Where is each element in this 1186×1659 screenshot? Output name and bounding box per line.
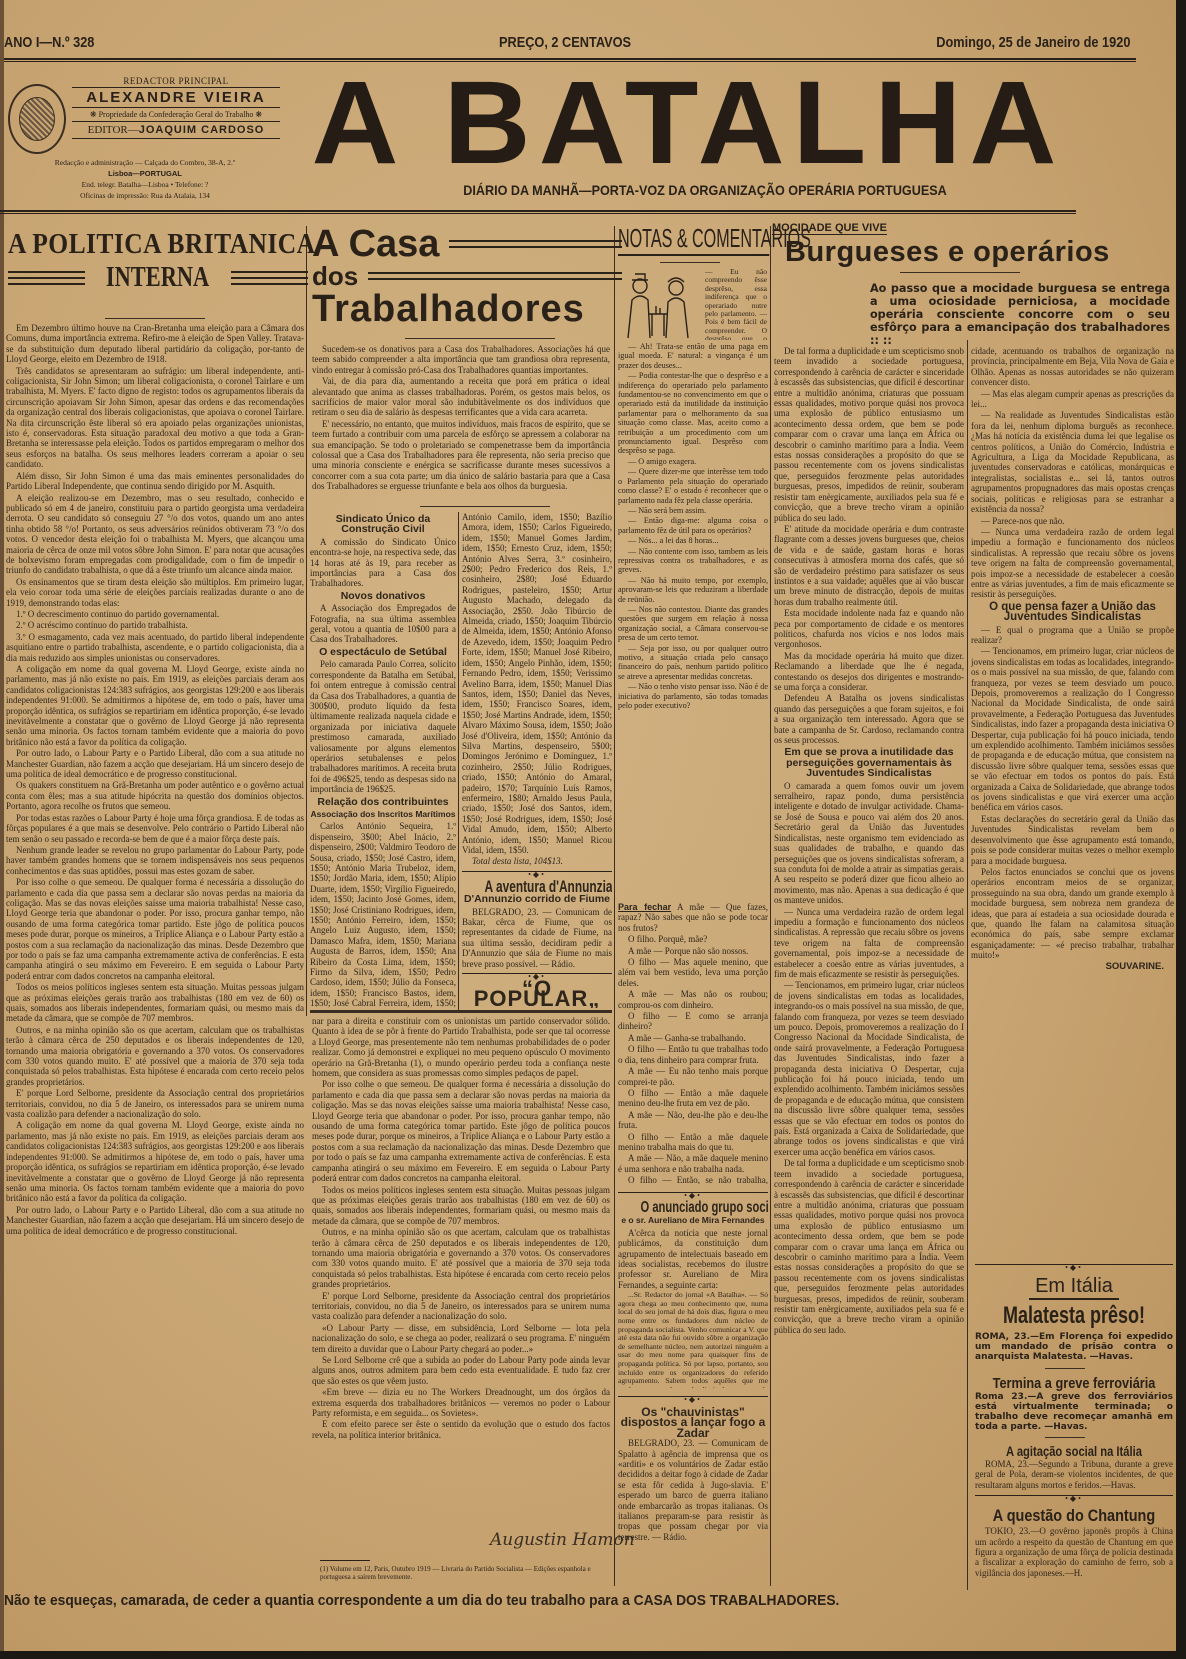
dialogue-line: A mãe — Mas não os roubou; comprou-os co… [618, 989, 768, 1010]
redactor-name: ALEXANDRE VIEIRA [72, 88, 280, 108]
headline-burgueses-operarios: Burgueses e operários [785, 236, 1110, 269]
paragraph: Outros, e na minha opinião são os que ac… [312, 1227, 610, 1289]
paragraph: E com efeito parece ser êste o sentido d… [312, 1419, 610, 1440]
paragraph: ROMA, 23.—Segundo a Tribuna, durante a g… [975, 1459, 1173, 1490]
footnote-rule [320, 1560, 370, 1561]
address-block: Redacção e administração — Calçada do Co… [10, 157, 280, 201]
paragraph: Os quakers constituem na Grã-Bretanha um… [6, 780, 304, 811]
editorial-box: REDACTOR PRINCIPAL ALEXANDRE VIEIRA ❋ Pr… [72, 76, 280, 139]
zadar-headline: Os "chauvinistas" dispostos a lançar fog… [618, 1407, 768, 1438]
paragraph: A coligação em nome da qual governa M. L… [6, 664, 304, 747]
greve-headline: Termina a greve ferroviária [990, 1375, 1158, 1392]
paragraph: Estas declarações do secretário geral da… [971, 814, 1174, 866]
grupo-subhead: e o sr. Aureliano de Mira Fernandes [618, 1215, 768, 1225]
mocidade-column-left: De tal forma a duplicidade e um sceptici… [774, 346, 964, 1586]
paragraph: De tal forma a duplicidade e um sceptici… [774, 346, 964, 523]
price: PREÇO, 2 CENTAVOS [499, 34, 631, 51]
divider [1045, 1368, 1085, 1369]
paragraph: — E qual o programa que a União se propõ… [971, 625, 1174, 646]
paragraph: E' atitude da mocidade operária e dum co… [774, 524, 964, 607]
popular-headline: “O POPULAR„ [462, 984, 612, 1005]
column-rule [770, 226, 771, 1586]
paragraph: Outros, e na minha opinião são os que ac… [6, 1025, 304, 1087]
cartoon-illustration-icon [618, 270, 700, 340]
paragraph: Por todas estas razões o Labour Party é … [6, 813, 304, 844]
annunzio-headline: A aventura d'Annunziana [485, 882, 590, 892]
chantung-headline: A questão do Chantung [990, 1506, 1158, 1526]
paragraph: Sucedem-se os donativos para a Casa dos … [312, 344, 610, 375]
divider [1045, 1437, 1085, 1438]
paragraph: — Não será bem assim. [618, 506, 768, 515]
article-casa-intro: Sucedem-se os donativos para a Casa dos … [312, 344, 610, 504]
paragraph: — Tencionamos, em primeiro lugar, criar … [774, 980, 964, 1157]
issue-date: Domingo, 25 de Janeiro de 1920 [936, 34, 1130, 51]
paragraph: A comissão do Sindicato Único encontra-s… [310, 537, 456, 589]
article-grupo-socialista: •◆• O anunciado grupo socialista e o sr.… [618, 1188, 768, 1388]
dialogue-line: O filho — Então tu que trabalhas todo o … [618, 1044, 768, 1065]
dialogue-line: A mãe — Porque não são nossos. [618, 946, 768, 956]
greve-text: Roma 23.—A greve dos ferroviários está v… [975, 1392, 1173, 1432]
dialogue-line: O filho — Então a mãe daquele menino deu… [618, 1088, 768, 1109]
para-fechar-dialogue: Para fechar A mãe — Que fazes, rapaz? Nã… [618, 902, 768, 1184]
dialogue-line: O filho. Porquê, mãe? [618, 934, 768, 944]
mocidade-column-right: cidade, acentuando os trabalhos de organ… [971, 346, 1174, 1196]
paragraph: 1.º O decrescimento contínuo do partido … [6, 609, 304, 619]
ornament-divider: •◆• [618, 1192, 768, 1199]
chantung-text: TOKIO, 23.—O govêrno japonês propôs à Ch… [975, 1526, 1173, 1579]
malatesta-headline: Malatesta prêso! [1000, 1302, 1149, 1330]
article-politica-continued: nar para a direita e constituir com os u… [312, 1016, 610, 1546]
paragraph: — Tencionamos, em primeiro lugar, criar … [971, 646, 1174, 813]
casa-column-right: António Camilo, idem, 1$50; Bazílio Amor… [462, 512, 612, 1008]
page-edge-right [1176, 0, 1186, 1659]
ornament-divider: •◆• [618, 1396, 768, 1403]
paragraph: 2.º O acréscimo contínuo do partido trab… [6, 620, 304, 630]
agitacao-text: ROMA, 23.—Segundo a Tribuna, durante a g… [975, 1459, 1173, 1491]
page-edge-bottom [0, 1651, 1186, 1659]
column-rule [458, 512, 459, 1012]
headline-politica-britanica: A POLITICA BRITANICA [8, 228, 267, 261]
paragraph: Por outro lado, o Labour Party e o Parti… [6, 1205, 304, 1236]
paragraph: Por isso colhe o que semeou. De qualquer… [312, 1079, 610, 1183]
paragraph: — Seja por isso, ou por qualquer outro m… [618, 644, 768, 682]
casa-column-left: Sindicato Único da Construção Civil A co… [310, 512, 456, 1008]
contributor-list: Carlos António Sequeira, 1.º dispenseiro… [310, 821, 456, 1008]
paragraph: Os ensinamentos que se tiram desta eleiç… [6, 577, 304, 608]
paragraph: Todos os meios políticos ingleses sentem… [312, 1185, 610, 1227]
paragraph: — Não o tenho visto pensar isso. Não é d… [618, 682, 768, 710]
footer-banner: Não te esqueças, camarada, de ceder a qu… [4, 1592, 1080, 1609]
em-italia-kicker: Em Itália [1029, 1275, 1119, 1300]
paragraph: A eleição realizou-se em Dezembro, mas o… [6, 493, 304, 576]
paragraph: — Nunca uma verdadeira razão de ordem le… [774, 907, 964, 980]
paragraph: — Nos não contestou. Diante das grandes … [618, 605, 768, 643]
dialogue-line: A mãe — Eu não tenho mais porque comprei… [618, 1066, 768, 1087]
headline-casa-trabalhadores: A Casa dos Trabalhadores [312, 226, 622, 328]
notas-comentarios-heading: NOTAS & COMENTARIOS [618, 220, 769, 256]
property-line: ❋ Propriedade da Confederação Geral do T… [72, 108, 280, 122]
paragraph: — Não há muito tempo, por exemplo, aprov… [618, 576, 768, 604]
notas-dialogue-intro: — Eu não compreendo êsse desprêso, essa … [705, 268, 767, 340]
paragraph: E' porque Lord Selborne, presidente da A… [6, 1088, 304, 1119]
paragraph: — Nós... a lei das 8 horas... [618, 536, 768, 545]
relacao-subheading: Associação dos Inscritos Marítimos [310, 809, 456, 819]
newspaper-title: A BATALHA [280, 68, 1096, 178]
paragraph: — Mas elas alegam cumprir apenas as pres… [971, 389, 1174, 410]
ornament-divider: •◆• [975, 1264, 1173, 1271]
column-rule [614, 226, 615, 1586]
article-zadar: •◆• Os "chauvinistas" dispostos a lançar… [618, 1392, 768, 1582]
article-politica-britanica: Em Dezembro último houve na Cran-Bretanh… [6, 323, 304, 1581]
inutilidade-heading: Em que se prova a inutilidade das perseg… [774, 747, 964, 778]
paragraph: nar para a direita e constituir com os u… [312, 1016, 610, 1078]
paragraph: Em Dezembro último houve na Cran-Bretanh… [6, 323, 304, 365]
paragraph: Esta mocidade indolente nada faz e quand… [774, 608, 964, 650]
novos-donativos-heading: Novos donativos [310, 591, 456, 601]
paragraph: Três candidatos se apresentaram ao sufrá… [6, 366, 304, 470]
mocidade-lede: Ao passo que a mocidade burguesa se entr… [870, 282, 1170, 347]
notas-comentarios-body: — Ah! Trata-se então de uma paga em igua… [618, 342, 768, 898]
newspaper-subtitle: DIÁRIO DA MANHÃ—PORTA-VOZ DA ORGANIZAÇÃO… [431, 182, 980, 198]
paragraph: — Nunca uma verdadeira razão de ordem le… [971, 527, 1174, 600]
paragraph: Vai, de dia para dia, aumentando a recei… [312, 376, 610, 418]
dialogue-line: A mãe — Ganha-se trabalhando. [618, 1033, 768, 1043]
byline-souvarine: SOUVARINE. [971, 962, 1174, 972]
contributor-list: António Camilo, idem, 1$50; Bazílio Amor… [462, 512, 612, 855]
editor-line: EDITOR—JOAQUIM CARDOSO [72, 122, 280, 139]
paragraph: 3.º O esmagamento, cada vez mais acentua… [6, 632, 304, 663]
paragraph: A coligação em nome da qual governa M. L… [6, 1120, 304, 1203]
column-rule [967, 340, 968, 1590]
malatesta-text: ROMA, 23.—Em Florença foi expedido um ma… [975, 1332, 1173, 1362]
address-printing: Oficinas de impressão: Rua da Atalaia, 1… [10, 190, 280, 201]
paragraph: — Ah! Trata-se então de uma paga em igua… [618, 342, 768, 370]
sindicato-heading: Sindicato Único da Construção Civil [310, 514, 456, 535]
divider [405, 338, 555, 339]
paragraph: — Na realidade as Juventudes Sindicalist… [971, 410, 1174, 514]
paragraph: A'cêrca da notícia que neste jornal publ… [618, 1228, 768, 1290]
paragraph: — O amigo exagera. [618, 457, 768, 466]
paragraph: Todos os meios políticos ingleses sentem… [6, 982, 304, 1024]
redactor-label: REDACTOR PRINCIPAL [72, 76, 280, 88]
footnote: (1) Volume em 12, Paris, Outubro 1919 — … [320, 1565, 620, 1581]
paragraph: Nenhum grande leader se revelou no grupo… [6, 845, 304, 876]
paragraph: Pelo camarada Paulo Correa, solícito cor… [310, 659, 456, 794]
paragraph: Defendeu A Batalha os jovens sindicalist… [774, 693, 964, 745]
uniao-heading: O que pensa fazer a União das Juventudes… [971, 602, 1174, 623]
paragraph: — Eu não compreendo êsse desprêso, essa … [705, 268, 767, 340]
grupo-headline: O anunciado grupo socialista [641, 1203, 746, 1213]
cgt-seal-icon [8, 84, 66, 154]
paragraph: — Então diga-me: alguma coisa o parlamen… [618, 516, 768, 535]
paragraph: cidade, acentuando os trabalhos de organ… [971, 346, 1174, 388]
address-city: Lisboa—PORTUGAL [10, 168, 280, 179]
paragraph: Além disso, Sir John Simon é uma das mai… [6, 471, 304, 492]
paragraph: — Quere dizer-me que interêsse tem todo … [618, 467, 768, 505]
paragraph: — Podia contestar-lhe que o desprêso e a… [618, 371, 768, 456]
paragraph: BELGRADO, 23. — Comunicam de Spalatto à … [618, 1438, 768, 1542]
paragraph: Por outro lado, o Labour Party e o Parti… [6, 748, 304, 779]
dialogue-line: O filho — Mas aquele menino, que além va… [618, 957, 768, 988]
issue-number: ANO I—N.º 328 [4, 34, 94, 51]
paragraph: E' porque Lord Selborne, presidente da A… [312, 1291, 610, 1322]
paragraph: BELGRADO, 23. — Comunicam de Bakar, cêrc… [462, 907, 612, 969]
page-edge-left [0, 0, 4, 1659]
paragraph: «Em breve — dizia eu no The Workers Drea… [312, 1387, 610, 1418]
para-fechar-heading: Para fechar [618, 902, 671, 912]
paragraph: — Parece-nos que não. [971, 516, 1174, 526]
paragraph: O camarada a quem fomos ouvir um jovem s… [774, 781, 964, 906]
headline-interna: INTERNA [8, 262, 308, 294]
paragraph: E' necessário, no entanto, que muitos in… [312, 419, 610, 492]
masthead-topline: ANO I—N.º 328 PREÇO, 2 CENTAVOS Domingo,… [4, 30, 1170, 52]
paragraph: Por isso colhe o que semeou. De qualquer… [6, 877, 304, 981]
divider [900, 272, 1020, 273]
column-rule [306, 226, 307, 1016]
divider [420, 506, 550, 507]
dialogue-line: A mãe — Não, a mãe daquele menino é uma … [618, 1153, 768, 1174]
paragraph: De tal forma a duplicidade e um sceptici… [774, 1158, 964, 1335]
paragraph: Mas da mocidade operária há muito que di… [774, 651, 964, 693]
dialogue-line: O filho — Então a mãe daquele menino tra… [618, 1132, 768, 1153]
divider [105, 318, 205, 319]
paragraph: Pelos factos enunciados se conclui que o… [971, 867, 1174, 961]
divider [310, 1010, 612, 1013]
paragraph: «O Labour Party — disse, em subsidência,… [312, 1323, 610, 1354]
paragraph: Se Lord Selborne crê que a subida ao pod… [312, 1355, 610, 1386]
paragraph: TOKIO, 23.—O govêrno japonês propôs à Ch… [975, 1526, 1173, 1578]
paragraph: A Associação dos Empregados de Fotografi… [310, 603, 456, 645]
address-line: Redacção e administração — Calçada do Co… [10, 157, 280, 168]
paragraph: — Não contente com isso, tambem as leis … [618, 547, 768, 575]
dialogue-line: A mãe — Não, deu-lhe pão e deu-lhe fruta… [618, 1110, 768, 1131]
address-telegraph: End. telegr. Batalha—Lisboa • Telefone: … [10, 179, 280, 190]
dialogue-line: O filho — E como se arranja dinheiro? [618, 1011, 768, 1032]
dialogue-line: O filho — Então, se não trabalha, quem l… [618, 1175, 768, 1184]
letter: ...Sr. Redactor do jornal «A Batalha». —… [618, 1291, 768, 1388]
relacao-heading: Relação dos contribuintes [310, 797, 456, 807]
divider [660, 262, 720, 263]
news-em-italia: •◆• Em Itália Malatesta prêso! ROMA, 23.… [975, 1260, 1173, 1579]
list-total: Total desta lista, 104$13. [462, 856, 612, 866]
author-signature: Augustin Hamon [490, 1530, 635, 1550]
masthead-bottom-rule [0, 210, 1076, 214]
editor-name: JOAQUIM CARDOSO [139, 124, 265, 136]
ornament-divider: •◆• [975, 1495, 1173, 1502]
section-tag-mocidade: MOCIDADE QUE VIVE [772, 222, 887, 235]
setubal-heading: O espectáculo de Setúbal [310, 647, 456, 657]
agitacao-headline: A agitação social na Itália [995, 1443, 1153, 1459]
